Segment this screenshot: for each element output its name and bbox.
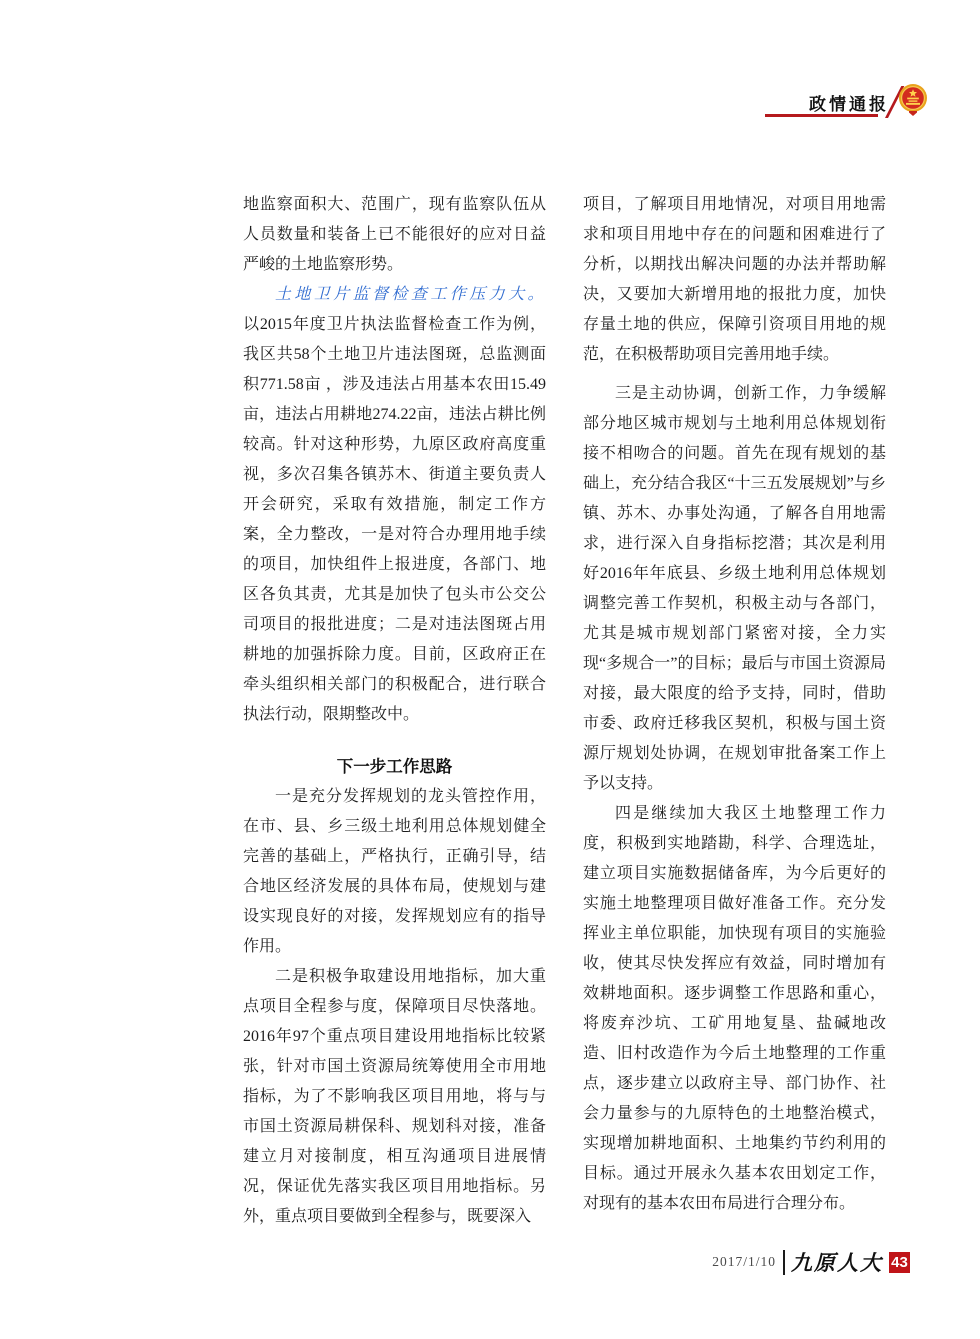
footer-date: 2017/1/10 <box>712 1254 776 1270</box>
paragraph: 项目，了解项目用地情况，对项目用地需求和项目用地中存在的问题和困难进行了分析，以… <box>583 190 886 370</box>
page-number-badge: 43 <box>889 1252 910 1273</box>
page-footer: 2017/1/10 九原人大 43 <box>712 1248 910 1276</box>
paragraph: 一是充分发挥规划的龙头管控作用，在市、县、乡三级土地利用总体规划健全完善的基础上… <box>243 782 546 962</box>
section-title: 政情通报 <box>809 90 879 115</box>
paragraph: 地监察面积大、范围广，现有监察队伍从人员数量和装备上已不能很好的应对日益严峻的土… <box>243 190 546 280</box>
paragraph: 三是主动协调，创新工作，力争缓解部分地区城市规划与土地利用总体规划衔接不相吻合的… <box>583 379 886 799</box>
article-body: 地监察面积大、范围广，现有监察队伍从人员数量和装备上已不能很好的应对日益严峻的土… <box>243 190 886 1232</box>
footer-divider <box>783 1250 785 1275</box>
section-heading: 下一步工作思路 <box>243 752 546 782</box>
national-emblem-icon <box>896 82 930 127</box>
left-column: 地监察面积大、范围广，现有监察队伍从人员数量和装备上已不能很好的应对日益严峻的土… <box>243 190 546 1232</box>
document-page: 政情通报 地监察面积大、范围广，现有监察队伍从人员数量和装备上已不能很好的应对日… <box>0 0 980 1339</box>
paragraph-text: 以2015年度卫片执法监督检查工作为例，我区共58个土地卫片违法图斑，总监测面积… <box>243 316 546 723</box>
paragraph: 二是积极争取建设用地指标，加大重点项目全程参与度，保障项目尽快落地。2016年9… <box>243 962 546 1232</box>
lead-sentence: 土地卫片监督检查工作压力大。 <box>275 286 546 303</box>
publication-name: 九原人大 <box>791 1247 883 1277</box>
right-column: 项目，了解项目用地情况，对项目用地需求和项目用地中存在的问题和困难进行了分析，以… <box>583 190 886 1232</box>
page-header: 政情通报 <box>765 90 940 134</box>
paragraph: 四是继续加大我区土地整理工作力度，积极到实地踏勘，科学、合理选址，建立项目实施数… <box>583 799 886 1219</box>
paragraph: 土地卫片监督检查工作压力大。以2015年度卫片执法监督检查工作为例，我区共58个… <box>243 280 546 730</box>
